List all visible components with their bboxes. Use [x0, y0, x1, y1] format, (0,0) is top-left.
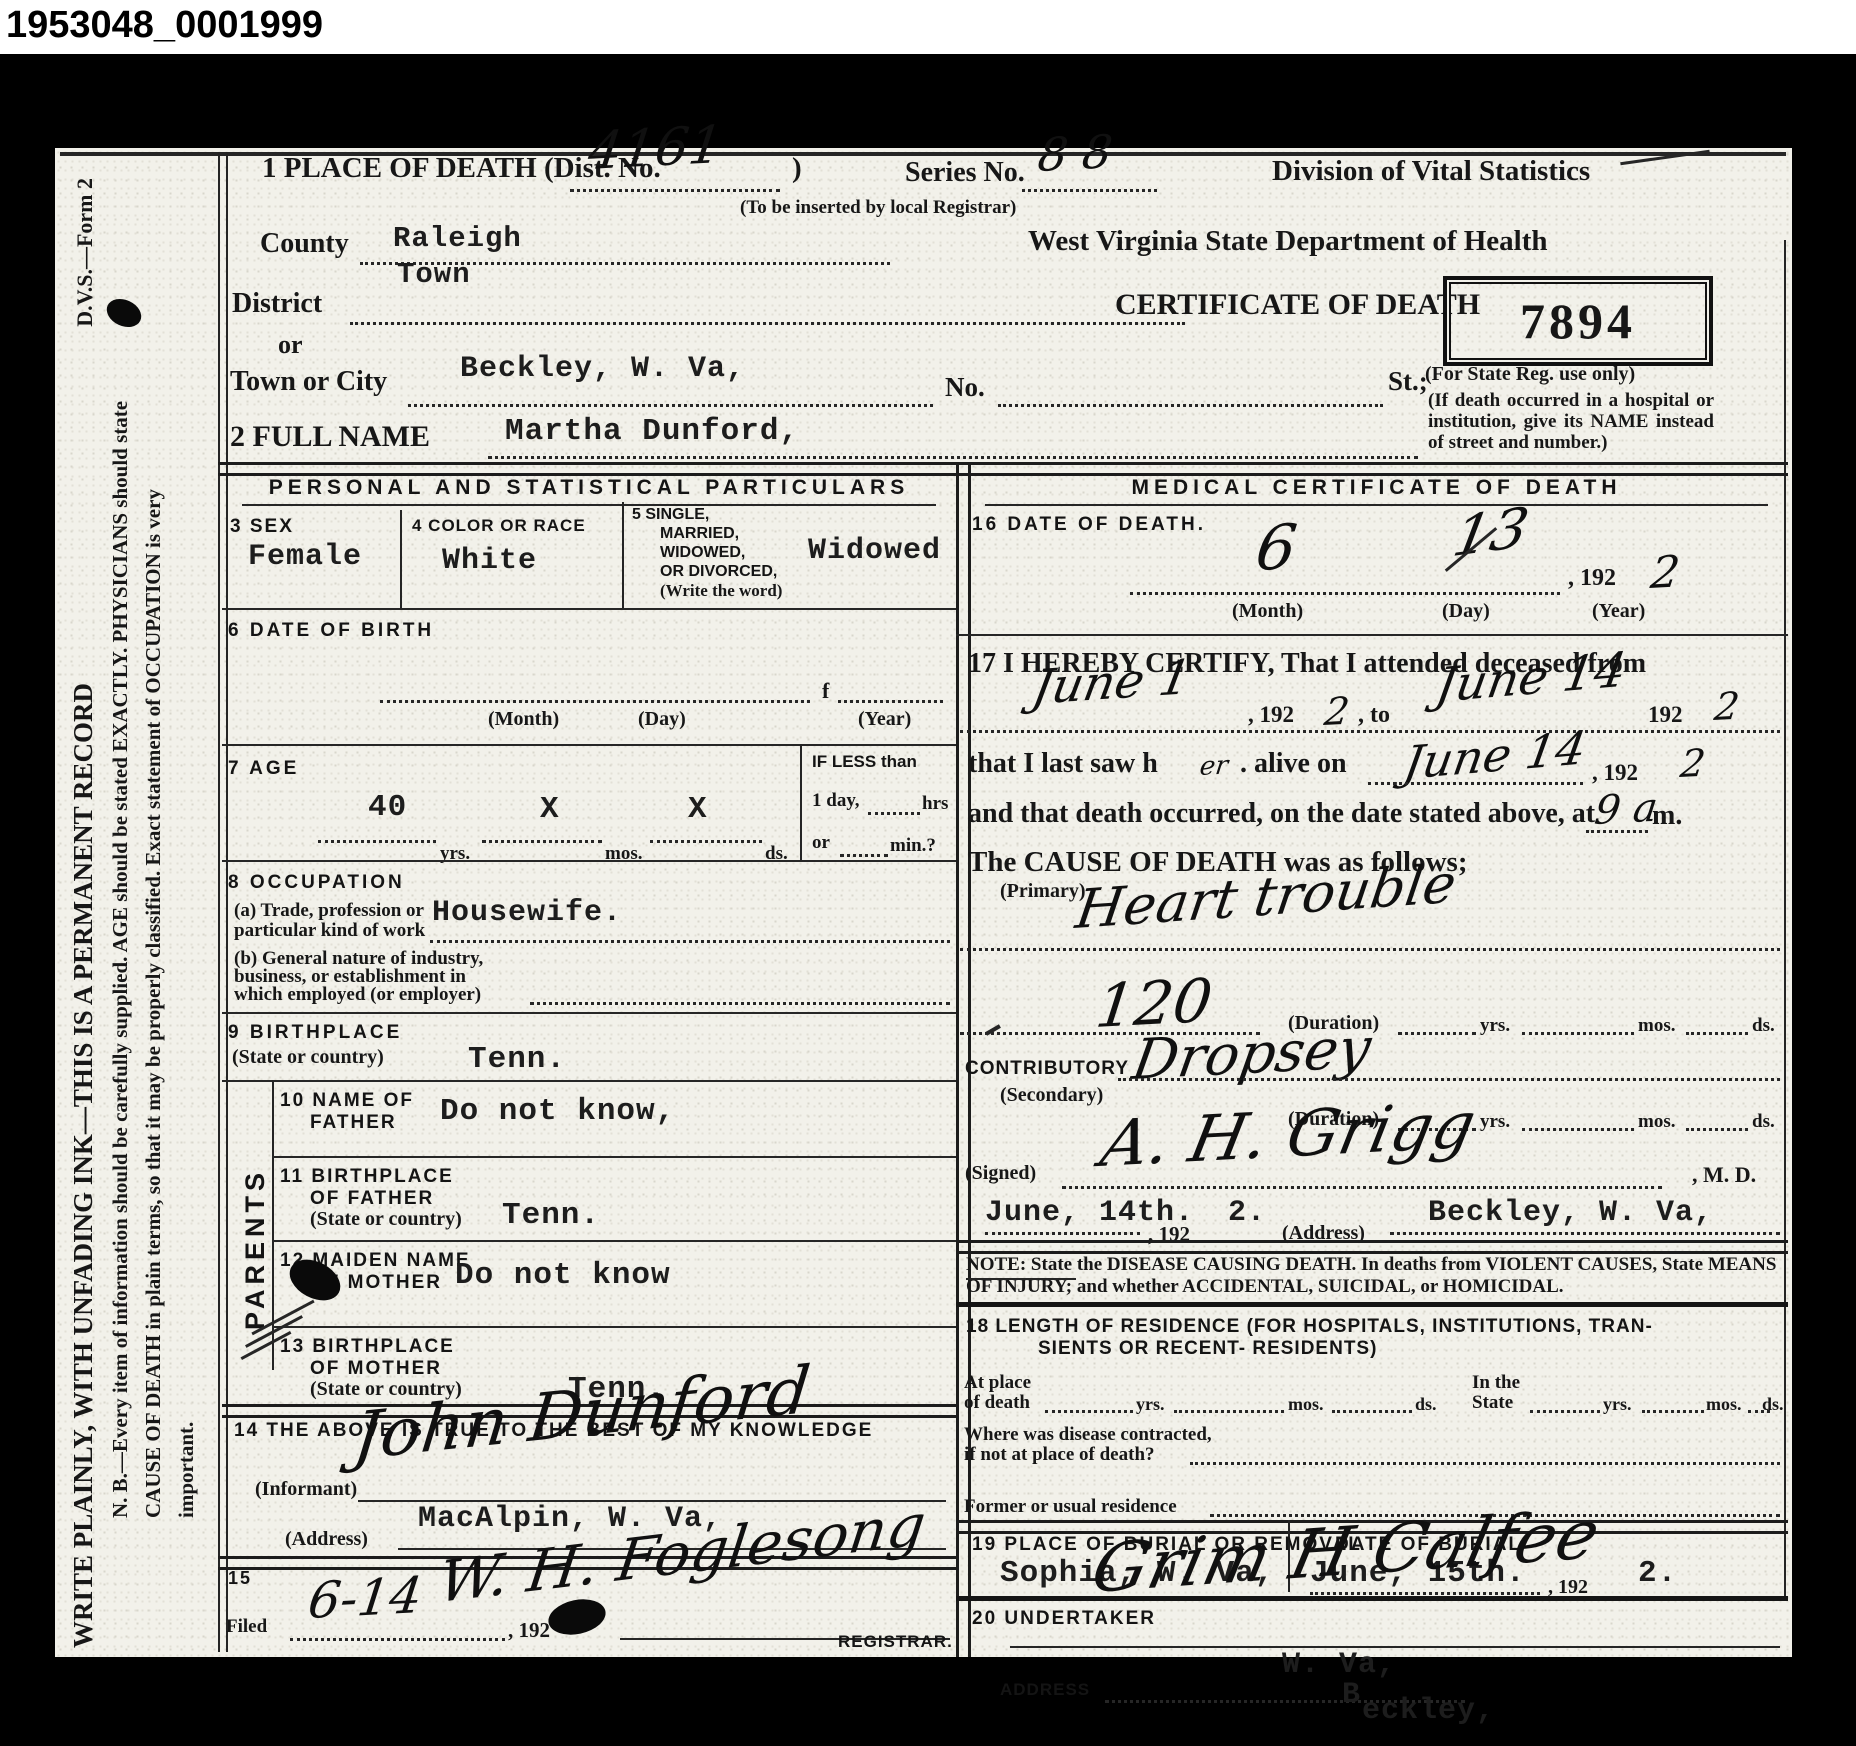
marital-label-1: 5 SINGLE, — [632, 506, 709, 524]
duration-ds-1: ds. — [1752, 1015, 1775, 1037]
in-the-1: In the — [1472, 1372, 1520, 1394]
father-name-label-2: FATHER — [310, 1112, 397, 1134]
contributory-label: CONTRIBUTORY — [965, 1058, 1129, 1080]
row5-rule — [222, 608, 956, 610]
last-saw-line — [1368, 782, 1583, 785]
age-months-value: X — [540, 792, 560, 827]
duration2-seg2 — [1522, 1128, 1634, 1131]
at-place-1: At place — [964, 1372, 1031, 1394]
duration-mos-2: mos. — [1638, 1111, 1675, 1133]
margin-line3: CAUSE OF DEATH in plain terms, so that i… — [141, 156, 166, 1648]
scanned-death-certificate: 1953048_0001999 WRITE PLAINLY, WITH UNFA… — [0, 0, 1856, 1746]
one-day-label: 1 day, — [812, 790, 860, 812]
district-label: District — [232, 288, 322, 320]
birthplace-value: Tenn. — [468, 1042, 566, 1077]
physician-rule — [956, 1240, 1788, 1254]
father-bp-sub: (State or country) — [310, 1208, 462, 1231]
physician-address-value: Beckley, W. Va, — [1428, 1196, 1713, 1230]
occupation-b3: which employed (or employer) — [234, 984, 481, 1006]
occupation-a-line — [430, 940, 950, 943]
or-label: or — [278, 330, 303, 360]
duration-seg1 — [1398, 1032, 1476, 1035]
mother-bp-label-2: OF MOTHER — [310, 1358, 442, 1380]
margin-line1: WRITE PLAINLY, WITH UNFADING INK—THIS IS… — [68, 683, 99, 1648]
note-underline — [966, 1278, 1076, 1280]
row12-rule — [272, 1326, 956, 1328]
signed-line — [1062, 1186, 1662, 1189]
personal-title-rule — [242, 504, 936, 506]
town-or-city-label: Town or City — [230, 366, 387, 398]
series-no-label: Series No. — [905, 157, 1025, 189]
if-less-label: IF LESS than — [812, 752, 917, 772]
duration-seg2 — [1522, 1032, 1634, 1035]
row6-rule — [222, 744, 956, 746]
year3-prefix: , 192 — [1592, 760, 1638, 786]
death-occurred-line: and that death occurred, on the date sta… — [968, 798, 1595, 830]
primary-label: (Primary) — [1000, 880, 1086, 903]
undertaker-address-label: ADDRESS — [1000, 1680, 1090, 1700]
marital-label-3: WIDOWED, — [660, 544, 745, 562]
personal-section-title: PERSONAL AND STATISTICAL PARTICULARS — [222, 476, 956, 500]
registration-number: 7894 — [1520, 292, 1636, 350]
last-saw-er: er — [1198, 751, 1230, 782]
hospital-note: (If death occurred in a hospital or inst… — [1428, 390, 1714, 453]
undertaker-address-rest: eckley, — [1362, 1694, 1495, 1728]
margin-line2: N. B.—Every item of information should b… — [108, 156, 133, 1648]
res-seg4 — [1530, 1410, 1600, 1413]
duration-yrs-1: yrs. — [1480, 1015, 1510, 1037]
marital-value: Widowed — [808, 534, 941, 568]
series-line — [1022, 189, 1157, 192]
header-divider — [218, 462, 1788, 476]
marital-label-2: MARRIED, — [660, 525, 739, 543]
mother-bp-label-1: 13 BIRTHPLACE — [280, 1336, 455, 1358]
res-mos-2: mos. — [1706, 1394, 1742, 1415]
dist-no-line — [570, 189, 780, 192]
signed-date-line — [985, 1232, 1140, 1235]
filed-date-value: 6-14 — [305, 1566, 425, 1630]
county-value: Raleigh — [393, 222, 522, 255]
no-line — [998, 404, 1383, 407]
res-yrs-2: yrs. — [1603, 1394, 1632, 1415]
margin-notes: WRITE PLAINLY, WITH UNFADING INK—THIS IS… — [68, 156, 199, 1648]
contracted-1: Where was disease contracted, — [964, 1424, 1212, 1446]
full-name-value: Martha Dunford, — [505, 414, 799, 449]
paren-close: ) — [792, 152, 802, 185]
death-year-label: (Year) — [1592, 600, 1645, 623]
attended-from-value: June 1 — [1028, 649, 1196, 716]
primary-cause-line — [960, 948, 1780, 951]
contracted-2: if not at place of death? — [964, 1444, 1155, 1466]
registrar-insert-note: (To be inserted by local Registrar) — [740, 197, 1016, 219]
medical-title-rule — [985, 504, 1768, 506]
state-dept-title: West Virginia State Department of Health — [1028, 225, 1548, 258]
in-the-2: State — [1472, 1392, 1513, 1414]
county-label: County — [260, 228, 349, 260]
contributory-value: Dropsey — [1128, 1016, 1375, 1093]
age-line-3 — [650, 840, 762, 843]
occupation-value: Housewife. — [432, 896, 622, 930]
age-line-1 — [318, 840, 436, 843]
dob-label: 6 DATE OF BIRTH — [228, 620, 434, 642]
registration-number-box: 7894 — [1443, 276, 1713, 366]
full-name-label: 2 FULL NAME — [230, 420, 430, 454]
registrar-label: REGISTRAR. — [838, 1632, 953, 1652]
district-line — [350, 322, 1185, 325]
row7-rule — [222, 860, 956, 862]
dob-line-2 — [838, 700, 943, 703]
sec18-line-1: 18 LENGTH OF RESIDENCE (FOR HOSPITALS, I… — [966, 1316, 1653, 1338]
left-border-outer — [218, 152, 220, 1652]
min-line — [840, 854, 888, 857]
res-seg3 — [1332, 1410, 1412, 1413]
duration2-seg3 — [1686, 1128, 1748, 1131]
undertaker-address-b: B — [1342, 1678, 1361, 1712]
duration-mos-1: mos. — [1638, 1015, 1675, 1037]
margin-form-code: D.V.S.—Form 2 — [72, 178, 98, 327]
burial-date2-value: 2. — [1638, 1556, 1677, 1591]
last-saw-post: . alive on — [1240, 748, 1347, 780]
series-no-value: 8 8 — [1035, 124, 1115, 182]
state-reg-note: (For State Reg. use only) — [1425, 363, 1635, 386]
scan-header-strip: 1953048_0001999 — [0, 0, 1856, 54]
parents-label: PARENTS — [240, 1168, 271, 1330]
res-seg1 — [1045, 1410, 1133, 1413]
death-time-line — [1586, 830, 1648, 833]
father-name-label-1: 10 NAME OF — [280, 1090, 414, 1112]
md-label: , M. D. — [1692, 1162, 1756, 1188]
st-label: St.; — [1388, 366, 1428, 397]
certify-line-rule — [960, 730, 1780, 733]
dob-line-1 — [380, 700, 810, 703]
at-place-2: of death — [964, 1392, 1030, 1414]
filed-year-prefix: , 192 — [508, 1618, 550, 1643]
address-label: (Address) — [285, 1528, 368, 1551]
contributory-line — [1118, 1078, 1780, 1081]
burial-rule — [956, 1596, 1788, 1601]
death-time-m: m. — [1652, 800, 1682, 832]
filed-label: Filed — [226, 1616, 267, 1638]
sex-value: Female — [248, 540, 362, 574]
res-seg5 — [1642, 1410, 1704, 1413]
hrs-line — [868, 812, 920, 815]
row9-rule — [222, 1080, 956, 1082]
sec20-label: 20 UNDERTAKER — [972, 1608, 1156, 1630]
town-or-city-line — [408, 404, 933, 407]
death-day-label: (Day) — [1442, 600, 1490, 623]
scan-id-label: 1953048_0001999 — [6, 4, 323, 47]
min-label: min.? — [890, 835, 936, 857]
birthplace-label: 9 BIRTHPLACE — [228, 1022, 402, 1044]
full-name-line — [488, 456, 1418, 459]
mother-name-value: Do not know — [455, 1258, 671, 1293]
age-years-value: 40 — [368, 790, 407, 825]
note-line-1: NOTE: State the DISEASE CAUSING DEATH. I… — [966, 1254, 1776, 1276]
occupation-a1: (a) Trade, profession or — [234, 900, 424, 922]
undertaker-state-value: W. Va, — [1282, 1648, 1396, 1682]
former-residence: Former or usual residence — [964, 1496, 1177, 1518]
year1-prefix: , 192 — [1248, 702, 1294, 728]
filed-line — [290, 1638, 505, 1641]
father-bp-value: Tenn. — [502, 1198, 600, 1233]
town-typed: Town — [397, 258, 471, 291]
sec15-number: 15 — [228, 1568, 252, 1589]
death-year-prefix: , 192 — [1568, 565, 1616, 592]
left-border-inner — [226, 152, 228, 1652]
father-name-value: Do not know, — [440, 1094, 675, 1129]
sex-label: 3 SEX — [230, 516, 294, 538]
marital-label-5: (Write the word) — [660, 581, 782, 601]
district-number-value: 4161 — [585, 115, 726, 182]
contracted-line — [1190, 1462, 1780, 1465]
res-ds-2: ds. — [1762, 1394, 1784, 1415]
hrs-label: hrs — [922, 793, 948, 815]
duration-yrs-2: yrs. — [1480, 1111, 1510, 1133]
signed-label: (Signed) — [965, 1162, 1036, 1185]
birthplace-sub: (State or country) — [232, 1046, 384, 1069]
physician-address-line — [1390, 1232, 1780, 1235]
race-value: White — [442, 544, 537, 578]
father-bp-label-2: OF FATHER — [310, 1188, 434, 1210]
right-border — [1784, 240, 1786, 1600]
row11-rule — [272, 1240, 956, 1242]
dob-stray-mark: f — [822, 678, 829, 704]
certificate-title: CERTIFICATE OF DEATH — [1115, 288, 1480, 322]
race-label: 4 COLOR OR RACE — [412, 516, 586, 536]
medical-section-title: MEDICAL CERTIFICATE OF DEATH — [965, 476, 1788, 500]
informant-label: (Informant) — [255, 1478, 357, 1501]
res-mos-1: mos. — [1288, 1394, 1324, 1415]
age-cell-divider — [800, 744, 802, 860]
town-or-city-value: Beckley, W. Va, — [460, 352, 745, 386]
burial-date-line — [1310, 1592, 1540, 1595]
occupation-b-line — [530, 1002, 950, 1005]
age-label: 7 AGE — [228, 758, 299, 780]
row16-rule — [956, 634, 1788, 636]
secondary-label: (Secondary) — [1000, 1084, 1103, 1107]
signed-date2-value: 2. — [1228, 1196, 1266, 1230]
margin-line4: important. — [174, 156, 199, 1648]
row8-rule — [222, 1012, 956, 1014]
dob-year-label: (Year) — [858, 708, 911, 731]
death-month-label: (Month) — [1232, 600, 1303, 623]
date-of-death-label: 16 DATE OF DEATH. — [972, 514, 1206, 536]
dob-month-label: (Month) — [488, 708, 559, 731]
death-date-line — [1130, 592, 1560, 595]
death-time-value: 9 a — [1592, 785, 1660, 834]
occupation-label: 8 OCCUPATION — [228, 872, 405, 894]
cell-divider-1 — [400, 510, 402, 608]
marital-label-4: OR DIVORCED, — [660, 563, 777, 581]
to-label: , to — [1358, 702, 1390, 729]
last-saw-pre: that I last saw h — [968, 748, 1158, 780]
cell-divider-2 — [622, 502, 624, 608]
res-ds-1: ds. — [1415, 1394, 1437, 1415]
note-heavy-rule — [956, 1302, 1788, 1307]
res-seg2 — [1174, 1410, 1284, 1413]
sec18-line-2: SIENTS OR RECENT- RESIDENTS) — [1038, 1338, 1377, 1360]
father-bp-label-1: 11 BIRTHPLACE — [280, 1166, 454, 1188]
no-label: No. — [945, 372, 985, 403]
duration-ds-2: ds. — [1752, 1111, 1775, 1133]
occupation-a2: particular kind of work — [234, 920, 425, 942]
year2-prefix: 192 — [1648, 702, 1683, 728]
row10-rule — [272, 1156, 956, 1158]
age-line-2 — [482, 840, 602, 843]
dob-day-label: (Day) — [638, 708, 686, 731]
duration-seg3 — [1686, 1032, 1748, 1035]
division-title: Division of Vital Statistics — [1272, 155, 1590, 188]
or-min-label: or — [812, 832, 830, 854]
age-days-value: X — [688, 792, 708, 827]
res-yrs-1: yrs. — [1136, 1394, 1165, 1415]
